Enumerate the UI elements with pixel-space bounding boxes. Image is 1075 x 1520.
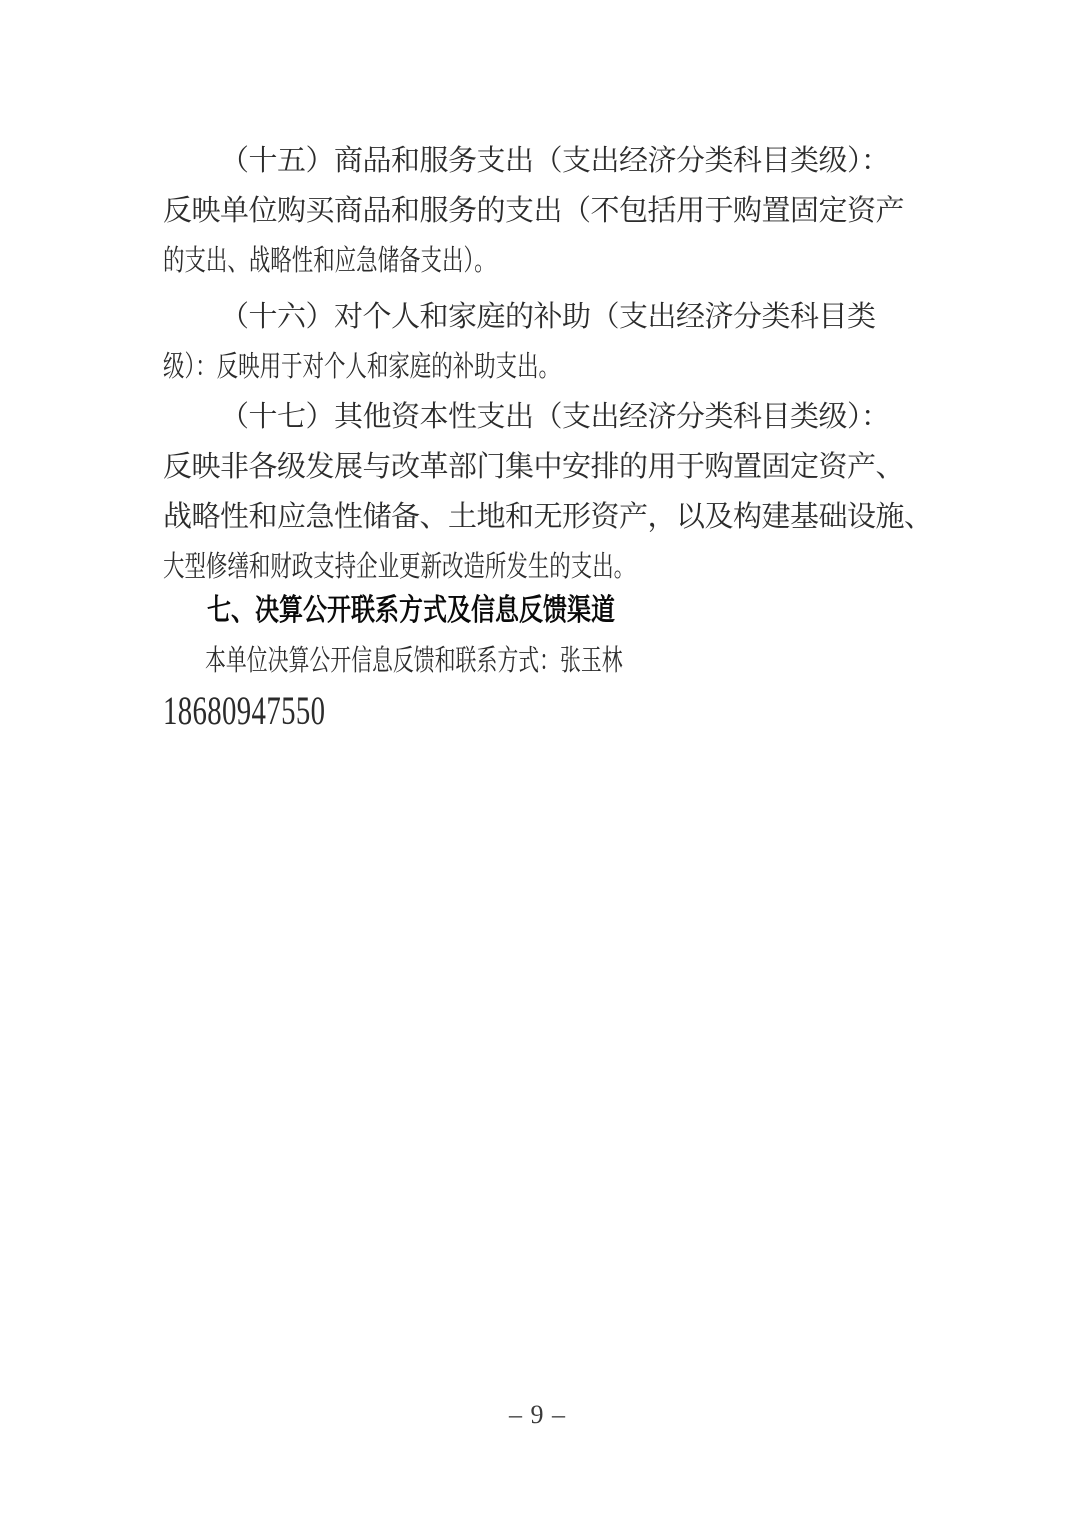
paragraph-line-text: 级）：反映用于对个人和家庭的补助支出。 bbox=[163, 342, 560, 392]
paragraph-16-line-1: （十六）对个人和家庭的补助（支出经济分类科目类 bbox=[163, 292, 963, 342]
document-text-block: （十五）商品和服务支出（支出经济分类科目类级）： 反映单位购买商品和服务的支出（… bbox=[163, 136, 963, 736]
paragraph-17-line-1: （十七）其他资本性支出（支出经济分类科目类级）： bbox=[163, 392, 963, 442]
paragraph-line-text: 的支出、战略性和应急储备支出）。 bbox=[163, 236, 496, 286]
paragraph-16-line-2: 级）：反映用于对个人和家庭的补助支出。 bbox=[163, 342, 963, 392]
paragraph-line-text: 反映非各级发展与改革部门集中安排的用于购置固定资产、 bbox=[163, 442, 904, 492]
phone-number-text: 18680947550 bbox=[163, 686, 325, 736]
paragraph-line-text: 战略性和应急性储备、土地和无形资产，以及构建基础设施、 bbox=[163, 492, 933, 542]
paragraph-17-line-4: 大型修缮和财政支持企业更新改造所发生的支出。 bbox=[163, 542, 963, 592]
paragraph-17-line-2: 反映非各级发展与改革部门集中安排的用于购置固定资产、 bbox=[163, 442, 963, 492]
paragraph-15-line-2: 反映单位购买商品和服务的支出（不包括用于购置固定资产 bbox=[163, 186, 963, 236]
section-heading: 七、决算公开联系方式及信息反馈渠道 bbox=[163, 586, 963, 636]
paragraph-15-line-3: 的支出、战略性和应急储备支出）。 bbox=[163, 236, 963, 286]
paragraph-line-text: 大型修缮和财政支持企业更新改造所发生的支出。 bbox=[163, 542, 635, 592]
paragraph-line-text: （十六）对个人和家庭的补助（支出经济分类科目类 bbox=[220, 292, 876, 342]
paragraph-line-text: （十七）其他资本性支出（支出经济分类科目类级）： bbox=[220, 392, 890, 442]
phone-number: 18680947550 bbox=[163, 686, 963, 736]
paragraph-line-text: 反映单位购买商品和服务的支出（不包括用于购置固定资产 bbox=[163, 186, 904, 236]
section-heading-text: 七、决算公开联系方式及信息反馈渠道 bbox=[207, 586, 615, 636]
contact-line: 本单位决算公开信息反馈和联系方式：张玉林 bbox=[163, 636, 963, 686]
contact-line-text: 本单位决算公开信息反馈和联系方式：张玉林 bbox=[205, 636, 623, 686]
document-page: （十五）商品和服务支出（支出经济分类科目类级）： 反映单位购买商品和服务的支出（… bbox=[0, 0, 1075, 1520]
paragraph-line-text: （十五）商品和服务支出（支出经济分类科目类级）： bbox=[220, 136, 890, 186]
page-number: – 9 – bbox=[0, 1400, 1075, 1430]
paragraph-17-line-3: 战略性和应急性储备、土地和无形资产，以及构建基础设施、 bbox=[163, 492, 963, 542]
paragraph-15-line-1: （十五）商品和服务支出（支出经济分类科目类级）： bbox=[163, 136, 963, 186]
